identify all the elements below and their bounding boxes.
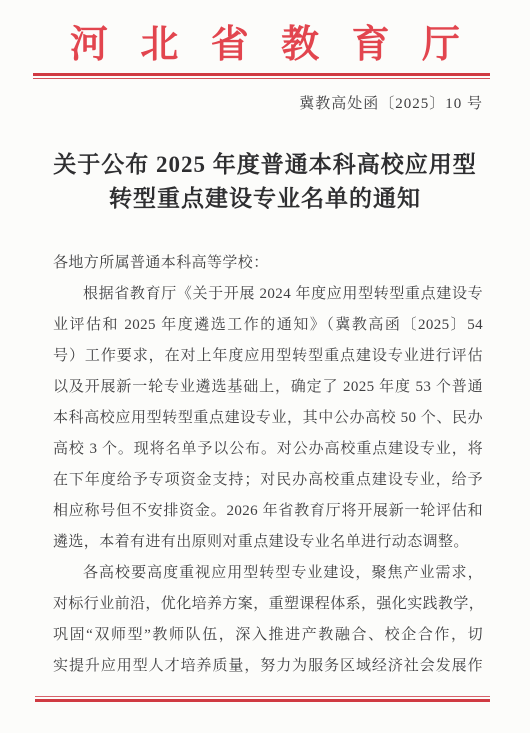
body-line: 本科高校应用型转型重点建设专业，其中公办高校 50 个、民办 (53, 403, 483, 434)
body-line: 巩固“双师型”教师队伍，深入推进产教融合、校企合作，切 (53, 620, 483, 651)
body-line: 号）工作要求，在对上年度应用型转型重点建设专业进行评估 (53, 341, 483, 372)
document-title-line2: 转型重点建设专业名单的通知 (0, 182, 530, 216)
body-line: 在下年度给予专项资金支持；对民办高校重点建设专业，给予 (53, 465, 483, 496)
agency-name-char: 北 (140, 22, 178, 68)
salutation: 各地方所属普通本科高等学校： (53, 248, 483, 279)
body-line: 实提升应用型人才培养质量，努力为服务区域经济社会发展作 (53, 651, 483, 682)
agency-name-char: 厅 (422, 22, 460, 68)
letterhead-divider-thin (33, 78, 490, 79)
body-line: 根据省教育厅《关于开展 2024 年度应用型转型重点建设专 (53, 279, 483, 310)
official-document-page: 河北省教育厅 冀教高处函〔2025〕10 号 关于公布 2025 年度普通本科高… (0, 0, 530, 733)
agency-name-char: 省 (211, 22, 249, 68)
agency-name-char: 教 (281, 22, 319, 68)
paragraph-1: 根据省教育厅《关于开展 2024 年度应用型转型重点建设专业评估和 2025 年… (53, 279, 483, 558)
agency-name: 河北省教育厅 (70, 22, 460, 68)
body-line: 各高校要高度重视应用型转型专业建设，聚焦产业需求， (53, 558, 483, 589)
document-number: 冀教高处函〔2025〕10 号 (0, 92, 483, 113)
letterhead-divider-thick (33, 73, 490, 76)
document-title: 关于公布 2025 年度普通本科高校应用型 转型重点建设专业名单的通知 (0, 148, 530, 216)
body-line: 业评估和 2025 年度遴选工作的通知》（冀教高函〔2025〕54 (53, 310, 483, 341)
document-body: 各地方所属普通本科高等学校： 根据省教育厅《关于开展 2024 年度应用型转型重… (53, 248, 483, 682)
footer-divider-thin (35, 696, 490, 697)
footer-divider-thick (35, 699, 490, 702)
body-line: 高校 3 个。现将名单予以公布。对公办高校重点建设专业，将 (53, 434, 483, 465)
agency-name-char: 河 (70, 22, 108, 68)
paragraph-2: 各高校要高度重视应用型转型专业建设，聚焦产业需求，对标行业前沿，优化培养方案，重… (53, 558, 483, 682)
document-title-line1: 关于公布 2025 年度普通本科高校应用型 (0, 148, 530, 182)
agency-name-char: 育 (352, 22, 390, 68)
body-line: 遴选，本着有进有出原则对重点建设专业名单进行动态调整。 (53, 527, 483, 558)
body-line: 对标行业前沿，优化培养方案，重塑课程体系，强化实践教学， (53, 589, 483, 620)
body-line: 相应称号但不安排资金。2026 年省教育厅将开展新一轮评估和 (53, 496, 483, 527)
body-line: 以及开展新一轮专业遴选基础上，确定了 2025 年度 53 个普通 (53, 372, 483, 403)
